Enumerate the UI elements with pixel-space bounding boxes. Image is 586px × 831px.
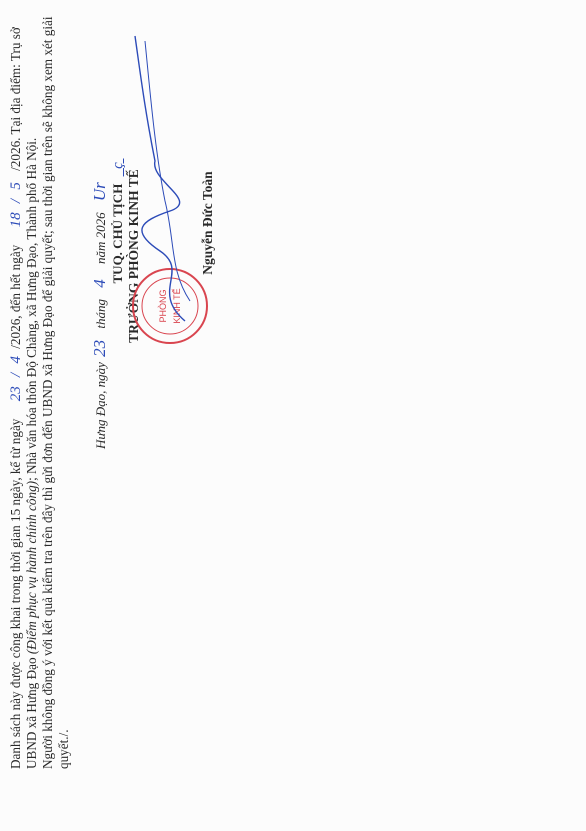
signer-name: Nguyễn Đức Toàn xyxy=(200,171,216,274)
handwritten-from-month: 4 xyxy=(8,356,24,364)
signature-title-1: TUQ. CHỦ TỊCH ҫ xyxy=(110,159,127,284)
text: /2026, đến hết ngày xyxy=(8,245,23,349)
text: Hưng Đạo, ngày xyxy=(93,362,108,449)
handwritten-initial: ҫ xyxy=(110,159,126,177)
text: tháng xyxy=(93,299,108,329)
text: Danh sách này được công khai trong thời … xyxy=(8,419,23,769)
text: UBND xã Hưng Đạo xyxy=(24,657,39,769)
handwritten-slash: / xyxy=(8,373,24,377)
handwritten-day: 23 xyxy=(90,340,109,357)
text: ; Nhà văn hóa thôn Độ Chàng, xã Hưng Đạo… xyxy=(24,138,39,481)
handwritten-month: 4 xyxy=(90,279,109,288)
italic-text: (Điểm phục vụ hành chính công) xyxy=(24,481,39,654)
handwritten-initials: Ur xyxy=(90,182,109,201)
text: TUQ. CHỦ TỊCH xyxy=(110,184,125,284)
signature-scribble xyxy=(130,31,200,331)
rotated-content: Danh sách này được công khai trong thời … xyxy=(0,0,586,831)
handwritten-slash: / xyxy=(8,199,24,203)
text: năm 2026 xyxy=(93,212,108,264)
document-page: Danh sách này được công khai trong thời … xyxy=(0,0,586,831)
handwritten-from-day: 23 xyxy=(8,386,24,401)
text: /2026. Tại địa điểm: Trụ sở xyxy=(8,27,23,171)
paragraph-line-1: Danh sách này được công khai trong thời … xyxy=(8,27,25,769)
handwritten-to-day: 18 xyxy=(8,212,24,227)
paragraph-line-3: Người không đồng ý với kết quả kiểm tra … xyxy=(40,16,56,769)
signature-date: Hưng Đạo, ngày 23 tháng 4 năm 2026 Ur xyxy=(90,182,110,449)
paragraph-line-4: quyết./. xyxy=(56,729,72,769)
handwritten-to-month: 5 xyxy=(8,182,24,190)
paragraph-line-2: UBND xã Hưng Đạo (Điểm phục vụ hành chín… xyxy=(24,138,40,769)
